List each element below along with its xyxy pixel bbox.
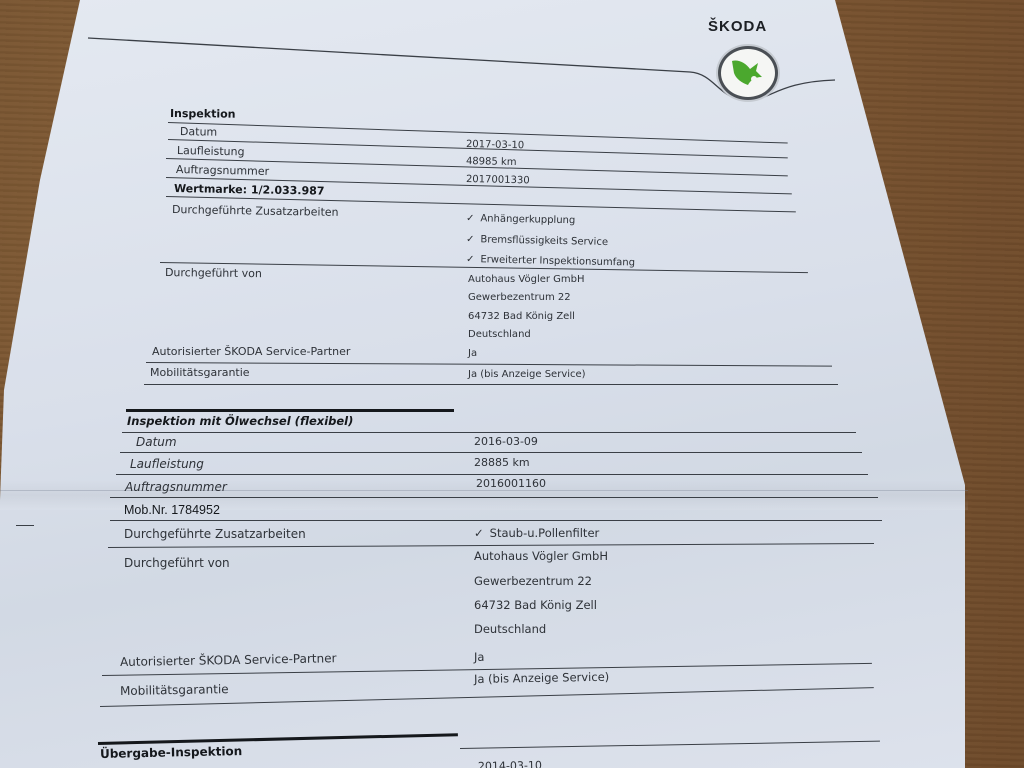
checkmark-icon: ✓	[474, 526, 484, 540]
section-title: Übergabe-Inspektion	[100, 744, 243, 761]
dealer-country: Deutschland	[474, 622, 546, 636]
brand-name: ŠKODA	[708, 18, 767, 35]
label-laufleistung: Laufleistung	[177, 144, 245, 158]
zusatzarbeit-item: ✓Staub-u.Pollenfilter	[474, 526, 599, 540]
dealer-city: 64732 Bad König Zell	[468, 311, 575, 322]
label-auftragsnummer: Auftragsnummer	[176, 163, 269, 178]
label-mobilitaet: Mobilitätsgarantie	[150, 366, 250, 379]
dealer-country: Deutschland	[468, 329, 531, 340]
value-mobilitaet: Ja (bis Anzeige Service)	[474, 670, 609, 686]
divider	[122, 432, 856, 433]
label-auftragsnummer: Auftragsnummer	[125, 480, 227, 494]
dealer-street: Gewerbezentrum 22	[468, 292, 571, 303]
wertmarke-stamp: Wertmarke: 1/2.033.987	[174, 182, 325, 198]
label-zusatzarbeiten: Durchgeführte Zusatzarbeiten	[124, 527, 306, 541]
dealer-name: Autohaus Vögler GmbH	[468, 274, 585, 285]
margin-mark	[16, 525, 34, 526]
label-datum: Datum	[180, 125, 217, 139]
label-laufleistung: Laufleistung	[130, 457, 204, 471]
value-datum: 2016-03-09	[474, 435, 538, 448]
value-autorisiert: Ja	[468, 348, 477, 359]
divider	[110, 520, 882, 521]
zusatzarbeit-item: ✓Anhängerkupplung	[466, 213, 576, 226]
label-autorisiert: Autorisierter ŠKODA Service-Partner	[152, 345, 350, 358]
dealer-city: 64732 Bad König Zell	[474, 598, 597, 612]
label-datum: Datum	[136, 435, 177, 449]
divider	[116, 474, 868, 475]
dealer-street: Gewerbezentrum 22	[474, 574, 592, 588]
label-durchgefuehrt-von: Durchgeführt von	[165, 266, 262, 280]
divider	[144, 384, 838, 385]
label-mobilitaet: Mobilitätsgarantie	[120, 682, 229, 698]
checkmark-icon: ✓	[466, 234, 475, 245]
value-datum-partial: 2014-03-10	[478, 759, 542, 768]
zusatzarbeit-text: Staub-u.Pollenfilter	[490, 526, 600, 540]
value-auftragsnummer: 2016001160	[476, 477, 546, 490]
header-swoosh-line	[0, 0, 1024, 120]
value-mobilitaet: Ja (bis Anzeige Service)	[468, 369, 586, 380]
section-title: Inspektion mit Ölwechsel (flexibel)	[127, 414, 353, 428]
value-laufleistung: 28885 km	[474, 456, 530, 469]
checkmark-icon: ✓	[466, 213, 475, 224]
mob-nr-stamp: Mob.Nr. 1784952	[124, 503, 220, 517]
value-autorisiert: Ja	[474, 650, 484, 664]
divider	[120, 452, 862, 453]
dealer-name: Autohaus Vögler GmbH	[474, 549, 608, 563]
section-title: Inspektion	[170, 107, 236, 121]
divider	[110, 497, 878, 498]
section-rule	[126, 409, 454, 412]
label-durchgefuehrt-von: Durchgeführt von	[124, 556, 230, 570]
skoda-logo-icon	[718, 46, 778, 100]
checkmark-icon: ✓	[466, 254, 475, 265]
zusatzarbeit-text: Anhängerkupplung	[480, 213, 575, 226]
